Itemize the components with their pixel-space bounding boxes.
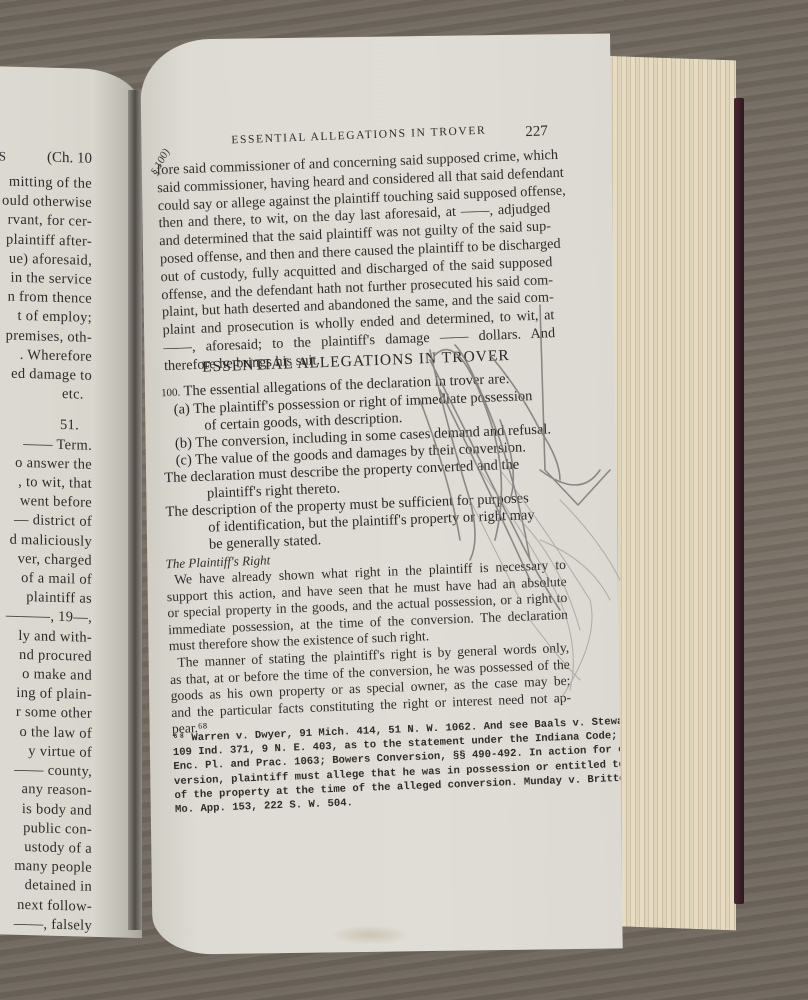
text-line: o make and [0, 664, 92, 686]
text-line: mitting of the [0, 172, 92, 194]
section-number: 100. [161, 387, 181, 400]
text-line: ing of plain- [0, 683, 92, 705]
text-line: next follow- [0, 894, 92, 916]
text-line: plaintiff as [0, 587, 92, 609]
text-line: public con- [0, 818, 92, 840]
text-line: nd procured [0, 645, 92, 667]
text-line: ver, charged [0, 549, 92, 571]
text-line: premises, oth- [0, 326, 92, 348]
text-line: plaintiff after- [0, 229, 92, 251]
left-page-text: mitting of the ould otherwise rvant, for… [0, 172, 92, 938]
text-line: ould otherwise [0, 191, 92, 213]
text-line: — district of [0, 510, 92, 532]
text-line: in the service [0, 268, 92, 290]
allegations-list: 100. The essential allegations of the de… [161, 369, 567, 555]
text-line: many people [0, 856, 92, 878]
text-line: is body and [0, 798, 92, 820]
right-page-content: ESSENTIAL ALLEGATIONS IN TROVER 227 § 10… [140, 33, 623, 954]
left-running-head: ONS (Ch. 10 [0, 148, 92, 168]
plaintiff-right-text: We have already shown what right in the … [166, 557, 572, 738]
footnote: ⁶⁸ Warren v. Dwyer, 91 Mich. 414, 51 N. … [172, 717, 579, 818]
text-line: n from thence [0, 287, 92, 309]
text-line: any reason- [0, 779, 92, 801]
text-line: y virtue of [0, 741, 92, 763]
left-page: ONS (Ch. 10 mitting of the ould otherwis… [0, 66, 142, 938]
book-gutter [128, 90, 142, 930]
text-line: ue) aforesaid, [0, 249, 92, 271]
text-line: 51. [0, 414, 92, 436]
text-line: t of employ; [0, 306, 92, 328]
running-head: ESSENTIAL ALLEGATIONS IN TROVER [231, 123, 541, 147]
text-line: , to wit, that [0, 472, 92, 494]
left-header-fragment: ONS [0, 148, 6, 166]
continuation-text: fore said commissioner of and concerning… [156, 147, 556, 375]
text-line: ly and with- [0, 626, 92, 648]
text-line: r some other [0, 702, 92, 724]
text-line: of a mail of [0, 568, 92, 590]
right-page: ESSENTIAL ALLEGATIONS IN TROVER 227 § 10… [140, 33, 623, 954]
book-photo: ONS (Ch. 10 mitting of the ould otherwis… [0, 0, 808, 1000]
text-line: —— Term. [0, 434, 92, 456]
text-line: d maliciously [0, 530, 92, 552]
text-line: o the law of [0, 722, 92, 744]
text-line: . Wherefore [0, 345, 92, 367]
text-line: rvant, for cer- [0, 210, 92, 232]
page-stain [330, 925, 410, 945]
text-line: ——, falsely [0, 914, 92, 936]
book-cover-edge [734, 98, 744, 904]
text-line: ustody of a [0, 837, 92, 859]
chapter-label: (Ch. 10 [47, 150, 92, 168]
text-line: etc. [0, 383, 92, 405]
text-line: ed damage to [0, 364, 92, 386]
text-line: ———, 19—, [0, 606, 92, 628]
text-line: went before [0, 491, 92, 513]
page-number: 227 [525, 123, 548, 141]
text-line: detained in [0, 875, 92, 897]
text-line: —— county, [0, 760, 92, 782]
text-line: o answer the [0, 453, 92, 475]
